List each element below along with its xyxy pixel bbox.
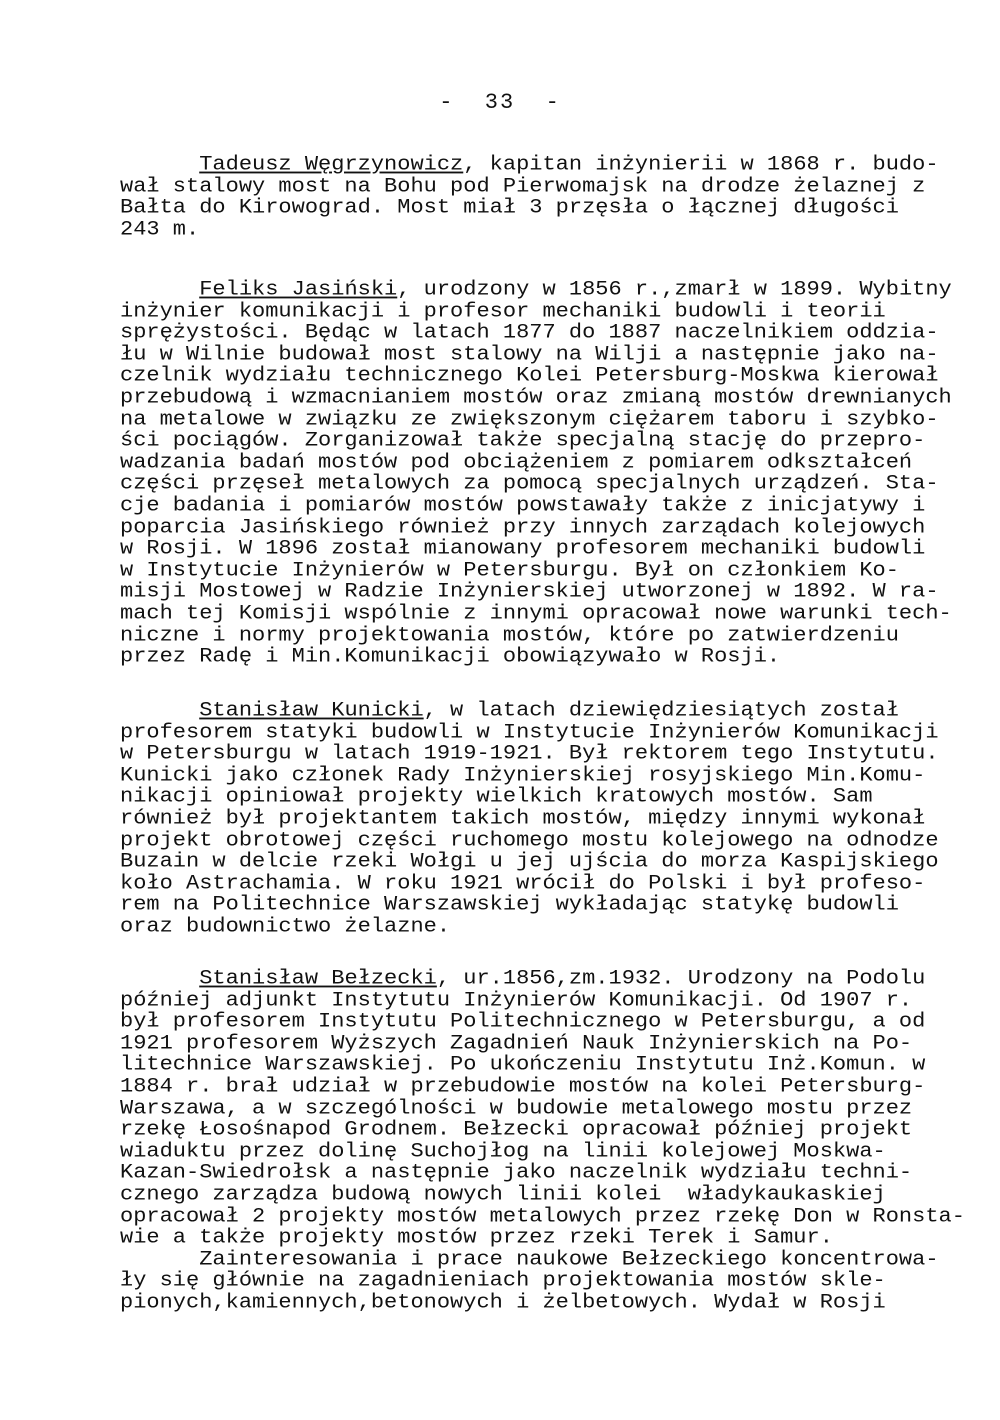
text-line: Stanisław Kunicki, w latach dziewiędzies… [120, 701, 940, 721]
text-line: Buzain w delcie rzeki Wołgi u jej ujścia… [120, 852, 940, 872]
text-line: później adjunkt Instytutu Inżynierów Kom… [120, 991, 940, 1011]
text-line: w Instytucie Inżynierów w Petersburgu. B… [120, 561, 940, 581]
person-name: Stanisław Kunicki [199, 699, 423, 722]
text-line: ści pociągów. Zorganizował także specjal… [120, 431, 940, 451]
text-line: wadzania badań mostów pod obciążeniem z … [120, 453, 940, 473]
text-line: ły się głównie na zagadnieniach projekto… [120, 1271, 940, 1291]
text-line: cje badania i pomiarów mostów powstawały… [120, 496, 940, 516]
text-line: mach tej Komisji wspólnie z innymi oprac… [120, 604, 940, 624]
text-line: przebudową i wzmacnianiem mostów oraz zm… [120, 388, 940, 408]
text-line: koło Astrachamia. W roku 1921 wrócił do … [120, 874, 940, 894]
text-line: sprężystości. Będąc w latach 1877 do 188… [120, 323, 940, 343]
text-line: 1921 profesorem Wyższych Zagadnień Nauk … [120, 1034, 940, 1054]
text-line: pionych,kamiennych,betonowych i żelbetow… [120, 1293, 940, 1313]
text-line: 243 m. [120, 220, 940, 240]
text-line: na metalowe w związku ze zwiększonym cię… [120, 410, 940, 430]
text-line: poparcia Jasińskiego również przy innych… [120, 518, 940, 538]
text-line: Tadeusz Węgrzynowicz, kapitan inżynierii… [120, 155, 940, 175]
paragraph-wegrzynowicz: Tadeusz Węgrzynowicz, kapitan inżynierii… [120, 155, 940, 241]
text-line: Bałta do Kirowograd. Most miał 3 przęsła… [120, 198, 940, 218]
text-line: rzekę Łosośnapod Grodnem. Bełzecki oprac… [120, 1120, 940, 1140]
text-line: 1884 r. brał udział w przebudowie mostów… [120, 1077, 940, 1097]
text-line: wie a także projekty mostów przez rzeki … [120, 1228, 940, 1248]
text-line: Kunicki jako członek Rady Inżynierskiej … [120, 766, 940, 786]
text-line: projekt obrotowej części ruchomego mostu… [120, 831, 940, 851]
text-line: czelnik wydziału technicznego Kolei Pete… [120, 366, 940, 386]
text-line: Stanisław Bełzecki, ur.1856,zm.1932. Uro… [120, 969, 940, 989]
paragraph-belzecki: Stanisław Bełzecki, ur.1856,zm.1932. Uro… [120, 969, 940, 1315]
paragraph-kunicki: Stanisław Kunicki, w latach dziewiędzies… [120, 701, 940, 939]
text-line: profesorem statyki budowli w Instytucie … [120, 723, 940, 743]
text-line: wiaduktu przez dolinę Suchojłog na linii… [120, 1142, 940, 1162]
person-name: Feliks Jasiński [199, 278, 397, 301]
person-name: Tadeusz Węgrzynowicz [199, 153, 463, 176]
text-line: opracował 2 projekty mostów metalowych p… [120, 1207, 940, 1227]
text-line: inżynier komunikacji i profesor mechanik… [120, 302, 940, 322]
text-line: nikacji opiniował projekty wielkich krat… [120, 787, 940, 807]
text-line: Warszawa, a w szczególności w budowie me… [120, 1099, 940, 1119]
paragraph-jasinski: Feliks Jasiński, urodzony w 1856 r.,zmar… [120, 280, 940, 669]
text-line: części przęseł metalowych za pomocą spec… [120, 474, 940, 494]
text-line: rem na Politechnice Warszawskiej wykłada… [120, 895, 940, 915]
text-line: również był projektantem takich mostów, … [120, 809, 940, 829]
text-line: łu w Wilnie budował most stalowy na Wilj… [120, 345, 940, 365]
text-line: Kazan-Swiedrołsk a następnie jako naczel… [120, 1163, 940, 1183]
text-line: Feliks Jasiński, urodzony w 1856 r.,zmar… [120, 280, 940, 300]
text-line: Zainteresowania i prace naukowe Bełzecki… [120, 1250, 940, 1270]
text-line: w Petersburgu w latach 1919-1921. Był re… [120, 744, 940, 764]
text-line: misji Mostowej w Radzie Inżynierskiej ut… [120, 582, 940, 602]
text-line: przez Radę i Min.Komunikacji obowiązywał… [120, 647, 940, 667]
text-line: oraz budownictwo żelazne. [120, 917, 940, 937]
page-number: - 33 - [0, 90, 1000, 115]
text-line: litechnice Warszawskiej. Po ukończeniu I… [120, 1055, 940, 1075]
text-line: niczne i normy projektowania mostów, któ… [120, 626, 940, 646]
text-line: cznego zarządza budową nowych linii kole… [120, 1185, 940, 1205]
text-line: w Rosji. W 1896 został mianowany profeso… [120, 539, 940, 559]
text-line: wał stalowy most na Bohu pod Pierwomajsk… [120, 177, 940, 197]
text-line: był profesorem Instytutu Politechniczneg… [120, 1012, 940, 1032]
person-name: Stanisław Bełzecki [199, 967, 437, 990]
